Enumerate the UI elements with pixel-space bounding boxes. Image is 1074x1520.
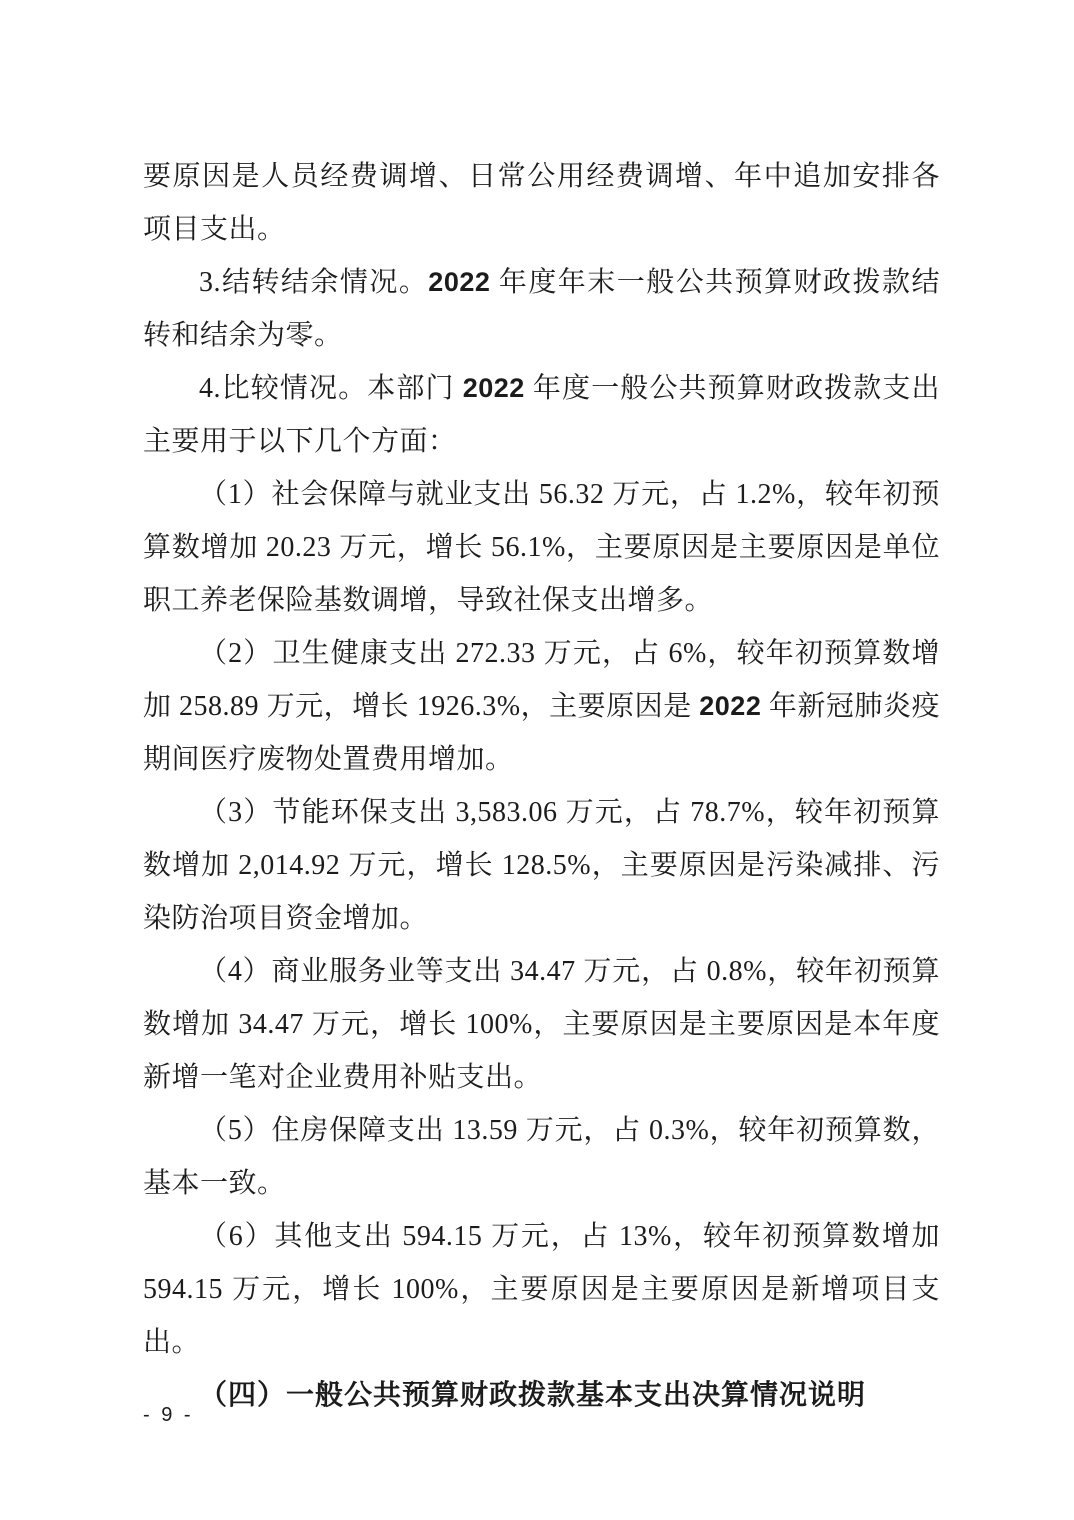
paragraph: （3）节能环保支出 3,583.06 万元，占 78.7%，较年初预算数增加 2…	[143, 786, 940, 945]
text-run: （5）住房保障支出 13.59 万元，占 0.3%，较年初预算数，基本一致。	[143, 1115, 940, 1199]
document-page: 要原因是人员经费调增、日常公用经费调增、年中追加安排各项目支出。3.结转结余情况…	[0, 0, 1074, 1520]
year-number: 2022	[463, 373, 525, 403]
paragraph: （4）商业服务业等支出 34.47 万元，占 0.8%，较年初预算数增加 34.…	[143, 945, 940, 1104]
page-number: - 9 -	[143, 1404, 194, 1427]
text-run: 3.结转结余情况。	[199, 267, 428, 298]
paragraph: 3.结转结余情况。2022 年度年末一般公共预算财政拨款结转和结余为零。	[143, 256, 940, 362]
text-run: （4）商业服务业等支出 34.47 万元，占 0.8%，较年初预算数增加 34.…	[143, 956, 940, 1093]
paragraph: 要原因是人员经费调增、日常公用经费调增、年中追加安排各项目支出。	[143, 150, 940, 256]
year-number: 2022	[699, 691, 761, 721]
text-run: （四）一般公共预算财政拨款基本支出决算情况说明	[199, 1380, 866, 1411]
paragraph: 4.比较情况。本部门 2022 年度一般公共预算财政拨款支出主要用于以下几个方面…	[143, 362, 940, 468]
text-run: 4.比较情况。本部门	[199, 373, 463, 404]
section-heading: （四）一般公共预算财政拨款基本支出决算情况说明	[143, 1369, 940, 1422]
text-run: （1）社会保障与就业支出 56.32 万元，占 1.2%，较年初预算数增加 20…	[143, 479, 940, 616]
paragraph: （2）卫生健康支出 272.33 万元，占 6%，较年初预算数增加 258.89…	[143, 627, 940, 786]
text-run: （6）其他支出 594.15 万元，占 13%，较年初预算数增加 594.15 …	[143, 1221, 940, 1358]
paragraph: （5）住房保障支出 13.59 万元，占 0.3%，较年初预算数，基本一致。	[143, 1104, 940, 1210]
text-run: （3）节能环保支出 3,583.06 万元，占 78.7%，较年初预算数增加 2…	[143, 797, 940, 934]
document-body: 要原因是人员经费调增、日常公用经费调增、年中追加安排各项目支出。3.结转结余情况…	[143, 150, 940, 1422]
paragraph: （6）其他支出 594.15 万元，占 13%，较年初预算数增加 594.15 …	[143, 1210, 940, 1369]
paragraph: （1）社会保障与就业支出 56.32 万元，占 1.2%，较年初预算数增加 20…	[143, 468, 940, 627]
text-run: 要原因是人员经费调增、日常公用经费调增、年中追加安排各项目支出。	[143, 161, 940, 245]
year-number: 2022	[428, 267, 490, 297]
